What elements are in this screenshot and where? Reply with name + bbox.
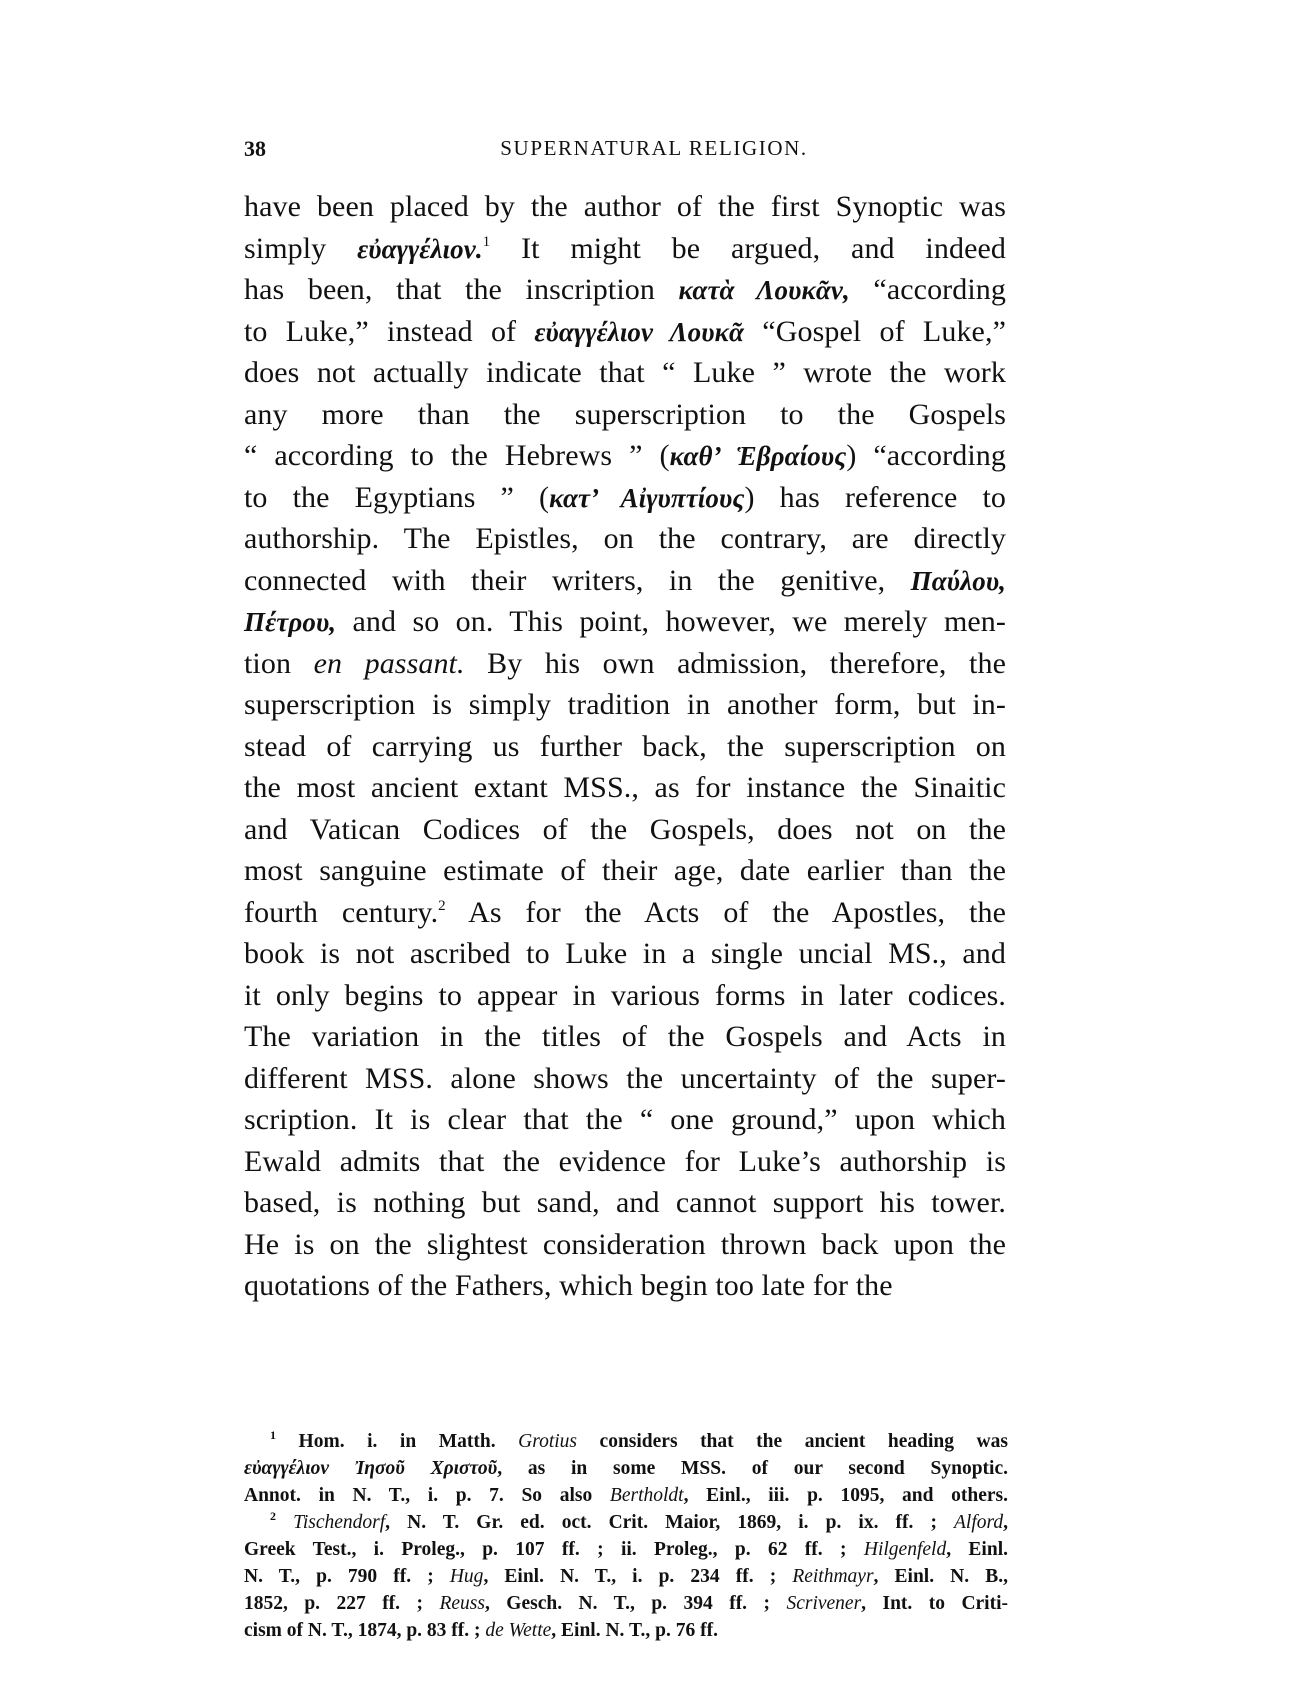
text-span: any more than the superscription to the … (244, 398, 1006, 431)
body-line: fourth century.2 As for the Acts of the … (244, 892, 1006, 934)
book-page: 38 SUPERNATURAL RELIGION. have been plac… (0, 0, 1292, 1700)
text-span: , Einl. N. T., i. p. 234 ff. ; (483, 1566, 792, 1587)
text-span: it only begins to appear in various form… (244, 979, 1006, 1012)
text-span: , Einl., iii. p. 1095, and others. (684, 1485, 1008, 1506)
text-span: Hom. i. in Matth. (276, 1431, 518, 1452)
body-line: has been, that the inscription κατὰ Λουκ… (244, 269, 1006, 311)
body-line: different MSS. alone shows the uncertain… (244, 1058, 1006, 1100)
text-span: fourth century. (244, 896, 438, 929)
body-line: any more than the superscription to the … (244, 394, 1006, 436)
greek-text: Πέτρου, (244, 607, 336, 637)
text-span: ) “according (846, 439, 1006, 472)
text-span: the most ancient extant MSS., as for ins… (244, 771, 1006, 804)
body-line: it only begins to appear in various form… (244, 975, 1006, 1017)
text-span: N. T., p. 790 ff. ; (244, 1566, 450, 1587)
greek-text: κατ’ Αἰγυπτίους (549, 483, 744, 513)
body-line: book is not ascribed to Luke in a single… (244, 933, 1006, 975)
text-span: , Einl. N. B., (874, 1566, 1008, 1587)
text-span: and Vatican Codices of the Gospels, does… (244, 813, 1006, 846)
text-span: quotations of the Fathers, which begin t… (244, 1269, 893, 1302)
text-span: Ewald admits that the evidence for Luke’… (244, 1145, 1006, 1178)
text-span: scription. It is clear that the “ one gr… (244, 1103, 1006, 1136)
italic-text: Tischendorf (293, 1512, 385, 1533)
text-span: most sanguine estimate of their age, dat… (244, 854, 1006, 887)
text-span: simply (244, 232, 357, 265)
italic-text: Alford (954, 1512, 1003, 1533)
text-span: considers that the ancient heading was (577, 1431, 1008, 1452)
body-line: stead of carrying us further back, the s… (244, 726, 1006, 768)
text-span: , as in some MSS. of our second Synoptic… (497, 1458, 1008, 1479)
footnotes-line: 1 Hom. i. in Matth. Grotius considers th… (244, 1428, 1008, 1455)
text-span: have been placed by the author of the fi… (244, 190, 1006, 223)
footnotes-line: εὐαγγέλιον Ἰησοῦ Χριστοῦ, as in some MSS… (244, 1455, 1008, 1482)
body-line: connected with their writers, in the gen… (244, 560, 1006, 602)
italic-text: Grotius (518, 1431, 577, 1452)
body-line: the most ancient extant MSS., as for ins… (244, 767, 1006, 809)
body-line: most sanguine estimate of their age, dat… (244, 850, 1006, 892)
body-line: tion en passant. By his own admission, t… (244, 643, 1006, 685)
italic-text: Bertholdt (610, 1485, 684, 1506)
text-span: 1852, p. 227 ff. ; (244, 1593, 439, 1614)
text-span: As for the Acts of the Apostles, the (446, 896, 1006, 929)
footnotes-line: cism of N. T., 1874, p. 83 ff. ; de Wett… (244, 1617, 1008, 1644)
text-span: has been, that the inscription (244, 273, 679, 306)
body-line: authorship. The Epistles, on the contrar… (244, 518, 1006, 560)
body-line: have been placed by the author of the fi… (244, 186, 1006, 228)
text-span: tion (244, 647, 314, 680)
greek-text: εὐαγγέλιον Ἰησοῦ Χριστοῦ (244, 1458, 497, 1479)
text-span: , Einl. N. T., p. 76 ff. (551, 1620, 718, 1641)
footnotes-line: 2 Tischendorf, N. T. Gr. ed. oct. Crit. … (244, 1509, 1008, 1536)
body-line: based, is nothing but sand, and cannot s… (244, 1182, 1006, 1224)
text-span: stead of carrying us further back, the s… (244, 730, 1006, 763)
text-span: , Int. to Criti- (861, 1593, 1008, 1614)
greek-text: Παύλου, (911, 566, 1006, 596)
body-line: Πέτρου, and so on. This point, however, … (244, 601, 1006, 643)
main-text: have been placed by the author of the fi… (244, 186, 1006, 1307)
footnotes: 1 Hom. i. in Matth. Grotius considers th… (244, 1428, 1008, 1644)
text-span (276, 1512, 293, 1533)
text-span: He is on the slightest consideration thr… (244, 1228, 1006, 1261)
italic-text: de Wette (485, 1620, 551, 1641)
body-line: “ according to the Hebrews ” (καθ’ Ἑβραί… (244, 435, 1006, 477)
text-span: , (1003, 1512, 1008, 1533)
footnotes-line: 1852, p. 227 ff. ; Reuss, Gesch. N. T., … (244, 1590, 1008, 1617)
text-span: By his own admission, therefore, the (465, 647, 1006, 680)
italic-text: Reuss (439, 1593, 485, 1614)
footnotes-line: N. T., p. 790 ff. ; Hug, Einl. N. T., i.… (244, 1563, 1008, 1590)
text-span: , Einl. (946, 1539, 1008, 1560)
body-line: He is on the slightest consideration thr… (244, 1224, 1006, 1266)
text-span: and so on. This point, however, we merel… (336, 605, 1006, 638)
greek-text: καθ’ Ἑβραίους (670, 441, 847, 471)
italic-text: Hug (450, 1566, 484, 1587)
body-line: scription. It is clear that the “ one gr… (244, 1099, 1006, 1141)
body-line: simply εὐαγγέλιον.1 It might be argued, … (244, 228, 1006, 270)
italic-text: Scrivener (786, 1593, 861, 1614)
text-span: to Luke,” instead of (244, 315, 534, 348)
italic-text: en passant. (314, 647, 465, 680)
text-span: connected with their writers, in the gen… (244, 564, 911, 597)
body-line: superscription is simply tradition in an… (244, 684, 1006, 726)
greek-text: κατὰ Λουκᾶν, (679, 275, 850, 305)
body-line: quotations of the Fathers, which begin t… (244, 1265, 1006, 1307)
text-span: “Gospel of Luke,” (744, 315, 1006, 348)
text-span: “according (850, 273, 1006, 306)
running-title: SUPERNATURAL RELIGION. (244, 136, 1004, 161)
text-span: based, is nothing but sand, and cannot s… (244, 1186, 1006, 1219)
text-span: , N. T. Gr. ed. oct. Crit. Maior, 1869, … (385, 1512, 954, 1533)
body-line: The variation in the titles of the Gospe… (244, 1016, 1006, 1058)
text-span: Annot. in N. T., i. p. 7. So also (244, 1485, 610, 1506)
text-span: Greek Test., i. Proleg., p. 107 ff. ; ii… (244, 1539, 864, 1560)
body-line: and Vatican Codices of the Gospels, does… (244, 809, 1006, 851)
body-line: to Luke,” instead of εὐαγγέλιον Λουκᾶ “G… (244, 311, 1006, 353)
text-span: superscription is simply tradition in an… (244, 688, 1006, 721)
text-span: different MSS. alone shows the uncertain… (244, 1062, 1006, 1095)
text-span: cism of N. T., 1874, p. 83 ff. ; (244, 1620, 485, 1641)
body-line: to the Egyptians ” (κατ’ Αἰγυπτίους) has… (244, 477, 1006, 519)
text-span: book is not ascribed to Luke in a single… (244, 937, 1006, 970)
footnotes-line: Annot. in N. T., i. p. 7. So also Bertho… (244, 1482, 1008, 1509)
body-line: does not actually indicate that “ Luke ”… (244, 352, 1006, 394)
greek-text: εὐαγγέλιον Λουκᾶ (534, 317, 744, 347)
text-span: The variation in the titles of the Gospe… (244, 1020, 1006, 1053)
text-span: “ according to the Hebrews ” ( (244, 439, 670, 472)
page-header: 38 SUPERNATURAL RELIGION. (244, 136, 1004, 170)
italic-text: Reithmayr (792, 1566, 873, 1587)
text-span: to the Egyptians ” ( (244, 481, 549, 514)
text-span: It might be argued, and indeed (490, 232, 1006, 265)
text-span: , Gesch. N. T., p. 394 ff. ; (485, 1593, 787, 1614)
body-line: Ewald admits that the evidence for Luke’… (244, 1141, 1006, 1183)
footnote-marker: 2 (438, 898, 446, 914)
text-span: ) has reference to (744, 481, 1006, 514)
text-span: authorship. The Epistles, on the contrar… (244, 522, 1006, 555)
italic-text: Hilgenfeld (864, 1539, 946, 1560)
text-span: does not actually indicate that “ Luke ”… (244, 356, 1006, 389)
greek-text: εὐαγγέλιον. (357, 234, 483, 264)
footnotes-line: Greek Test., i. Proleg., p. 107 ff. ; ii… (244, 1536, 1008, 1563)
